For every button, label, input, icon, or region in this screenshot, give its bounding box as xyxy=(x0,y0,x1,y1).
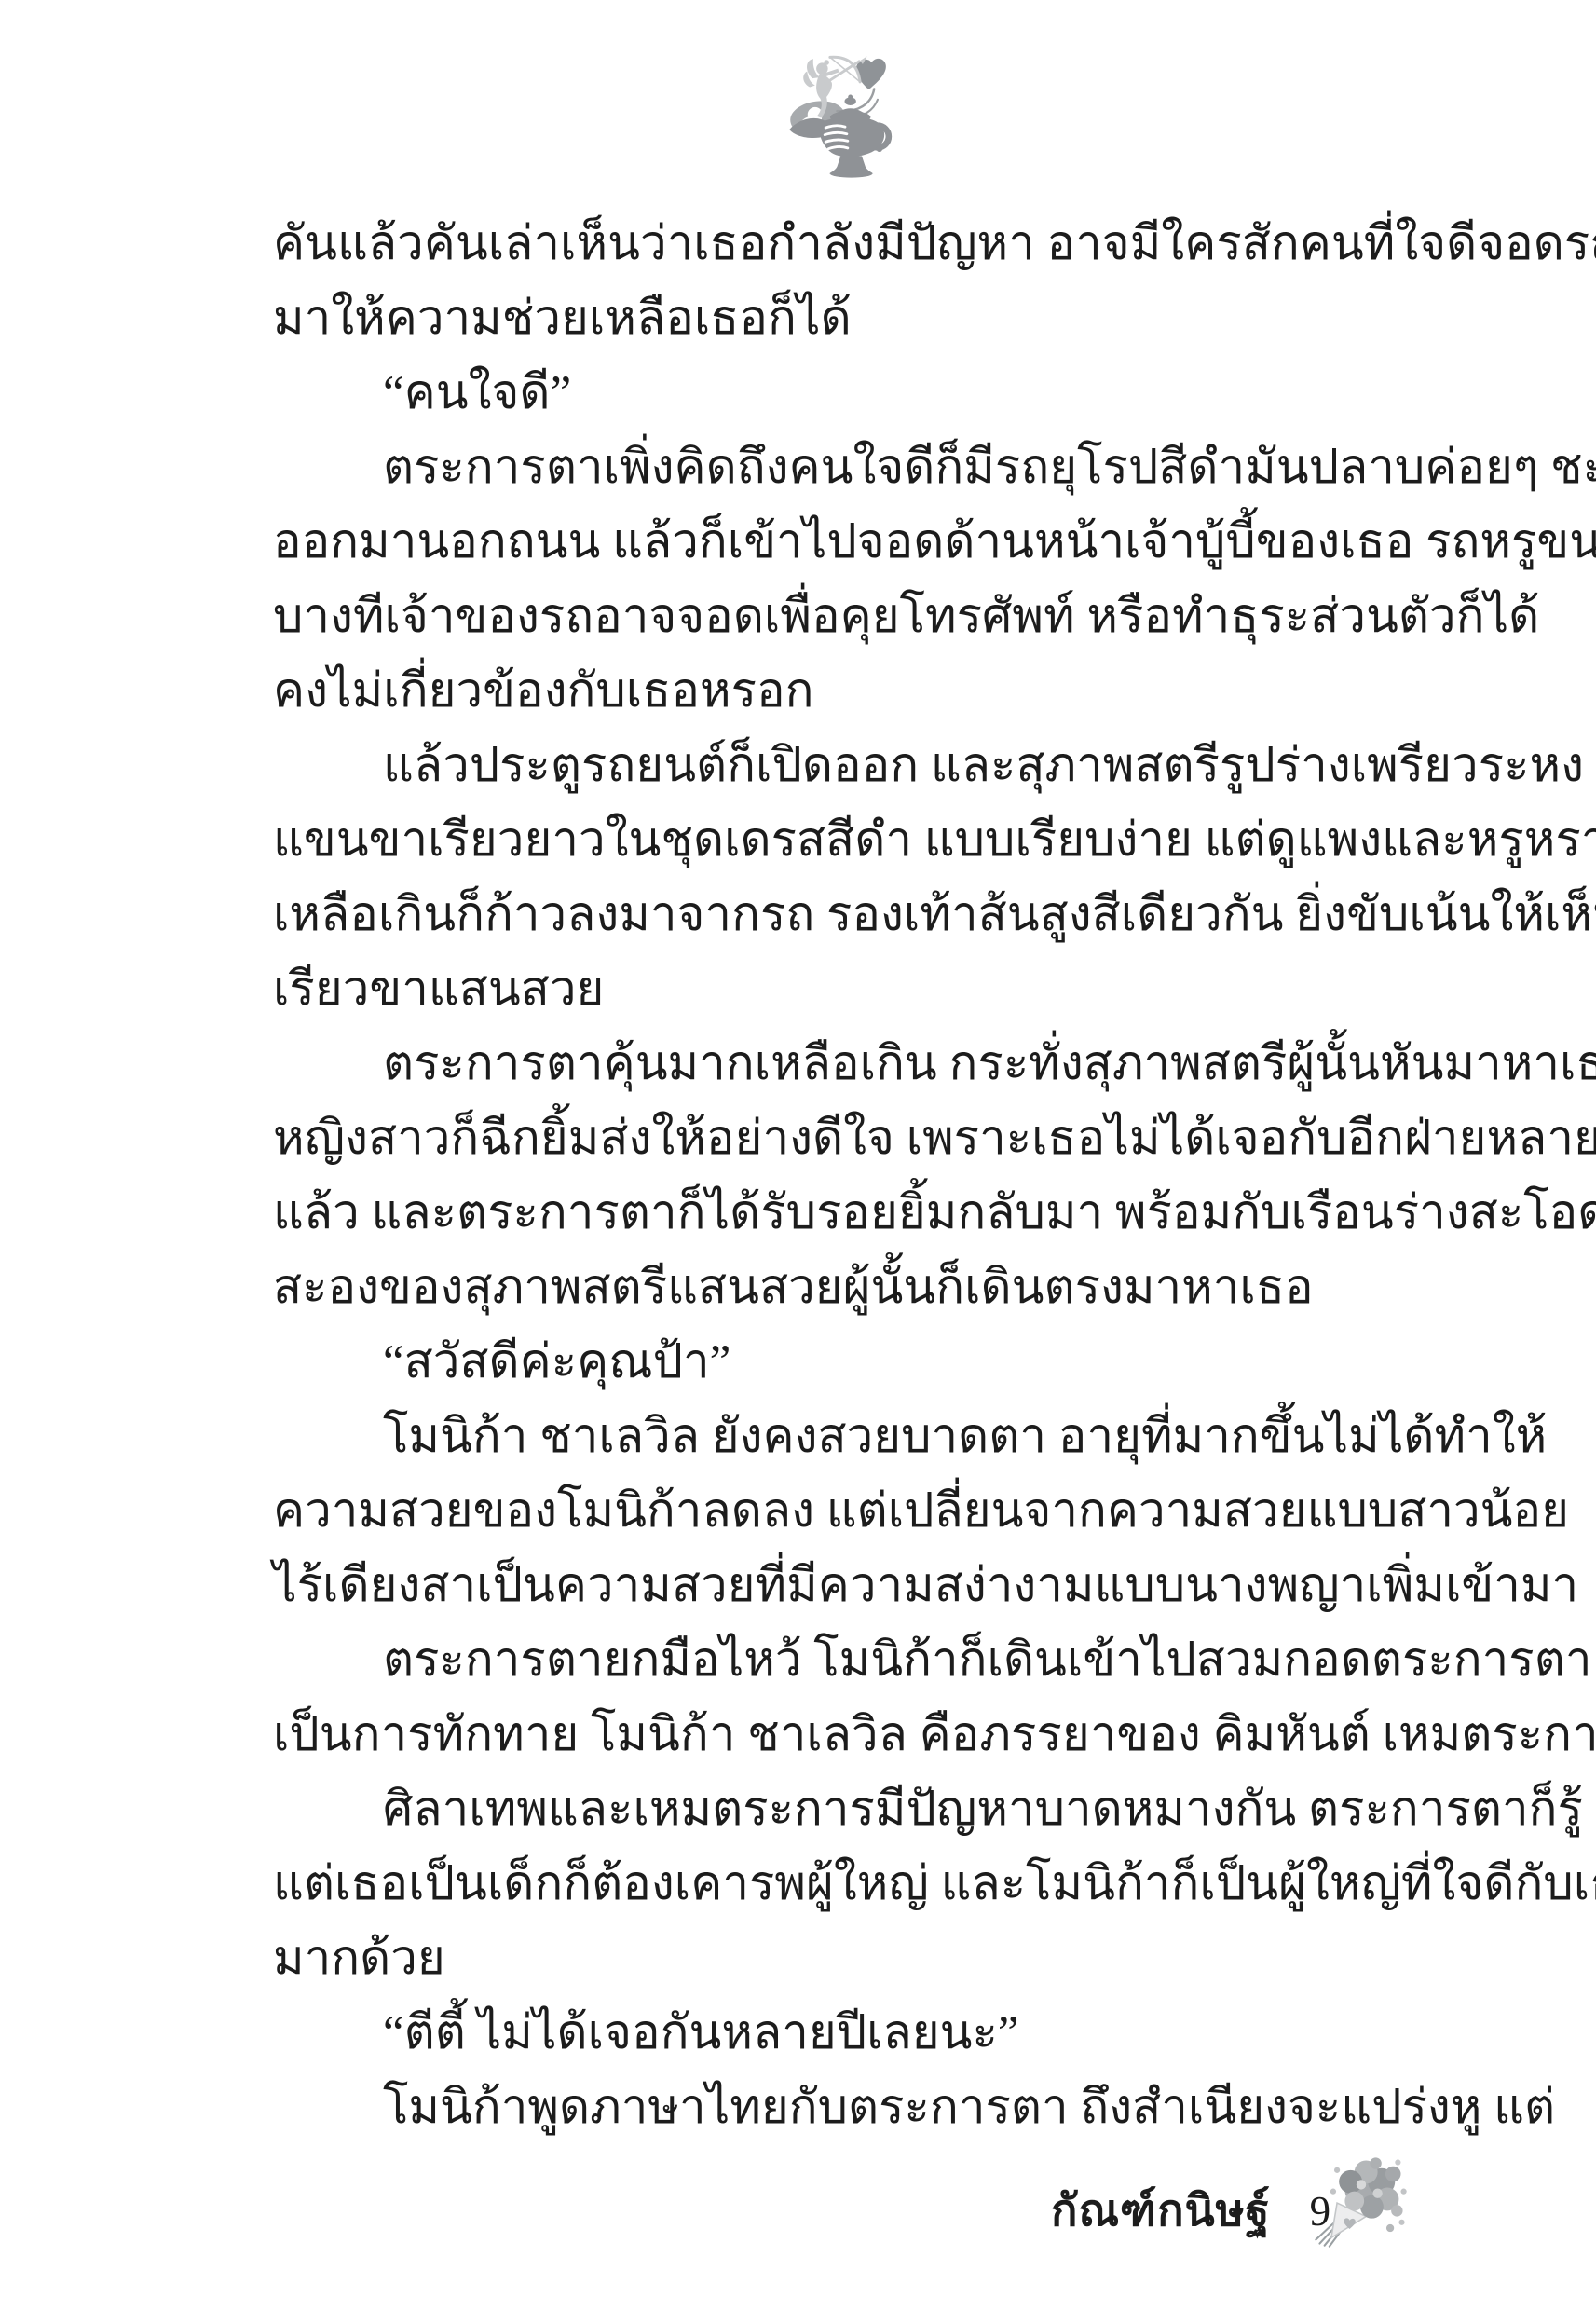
text-line: “คนใจดี” xyxy=(273,356,1430,431)
text-line: ความสวยของโมนิก้าลดลง แต่เปลี่ยนจากความส… xyxy=(273,1474,1430,1549)
text-line: บางทีเจ้าของรถอาจจอดเพื่อคุยโทรศัพท์ หรื… xyxy=(273,580,1430,654)
text-line: มากด้วย xyxy=(273,1921,1430,1996)
text-line: คงไม่เกี่ยวข้องกับเธอหรอก xyxy=(273,654,1430,729)
book-title: กัณฑ์กนิษฐ์ xyxy=(1051,2175,1271,2245)
body-text: คันแล้วคันเล่าเห็นว่าเธอกำลังมีปัญหา อาจ… xyxy=(273,207,1430,2145)
book-page: คันแล้วคันเล่าเห็นว่าเธอกำลังมีปัญหา อาจ… xyxy=(0,0,1596,2311)
text-line: แล้ว และตระการตาก็ได้รับรอยยิ้มกลับมา พร… xyxy=(273,1176,1430,1251)
text-line: โมนิก้า ชาเลวิล ยังคงสวยบาดตา อายุที่มาก… xyxy=(273,1400,1430,1474)
text-line: เหลือเกินก็ก้าวลงมาจากรถ รองเท้าส้นสูงสี… xyxy=(273,878,1430,952)
text-line: หญิงสาวก็ฉีกยิ้มส่งให้อย่างดีใจ เพราะเธอ… xyxy=(273,1101,1430,1176)
text-line: ไร้เดียงสาเป็นความสวยที่มีความสง่างามแบบ… xyxy=(273,1549,1430,1623)
text-line: ออกมานอกถนน แล้วก็เข้าไปจอดด้านหน้าเจ้าบ… xyxy=(273,505,1430,580)
text-line: แล้วประตูรถยนต์ก็เปิดออก และสุภาพสตรีรูป… xyxy=(273,729,1430,803)
text-line: ตระการตาคุ้นมากเหลือเกิน กระทั่งสุภาพสตร… xyxy=(273,1027,1430,1101)
text-line: แขนขาเรียวยาวในชุดเดรสสีดำ แบบเรียบง่าย … xyxy=(273,803,1430,878)
flower-bouquet-icon xyxy=(1308,2153,1414,2249)
text-line: โมนิก้าพูดภาษาไทยกับตระการตา ถึงสำเนียงจ… xyxy=(273,2071,1430,2145)
text-line: “ตีตี้ ไม่ได้เจอกันหลายปีเลยนะ” xyxy=(273,1996,1430,2071)
text-line: เป็นการทักทาย โมนิก้า ชาเลวิล คือภรรยาขอ… xyxy=(273,1698,1430,1772)
text-line: ตระการตาเพิ่งคิดถึงคนใจดีก็มีรถยุโรปสีดำ… xyxy=(273,431,1430,505)
text-line: ศิลาเทพและเหมตระการมีปัญหาบาดหมางกัน ตระ… xyxy=(273,1772,1430,1847)
cupid-lamp-ornament-icon xyxy=(781,47,893,179)
text-line: “สวัสดีค่ะคุณป้า” xyxy=(273,1325,1430,1400)
text-line: คันแล้วคันเล่าเห็นว่าเธอกำลังมีปัญหา อาจ… xyxy=(273,207,1430,281)
text-line: สะองของสุภาพสตรีแสนสวยผู้นั้นก็เดินตรงมา… xyxy=(273,1251,1430,1325)
text-line: เรียวขาแสนสวย xyxy=(273,952,1430,1027)
text-line: มาให้ความช่วยเหลือเธอก็ได้ xyxy=(273,281,1430,356)
footer: กัณฑ์กนิษฐ์ 9 xyxy=(1051,2175,1330,2245)
text-line: ตระการตายกมือไหว้ โมนิก้าก็เดินเข้าไปสวม… xyxy=(273,1623,1430,1698)
text-line: แต่เธอเป็นเด็กก็ต้องเคารพผู้ใหญ่ และโมนิ… xyxy=(273,1847,1430,1921)
